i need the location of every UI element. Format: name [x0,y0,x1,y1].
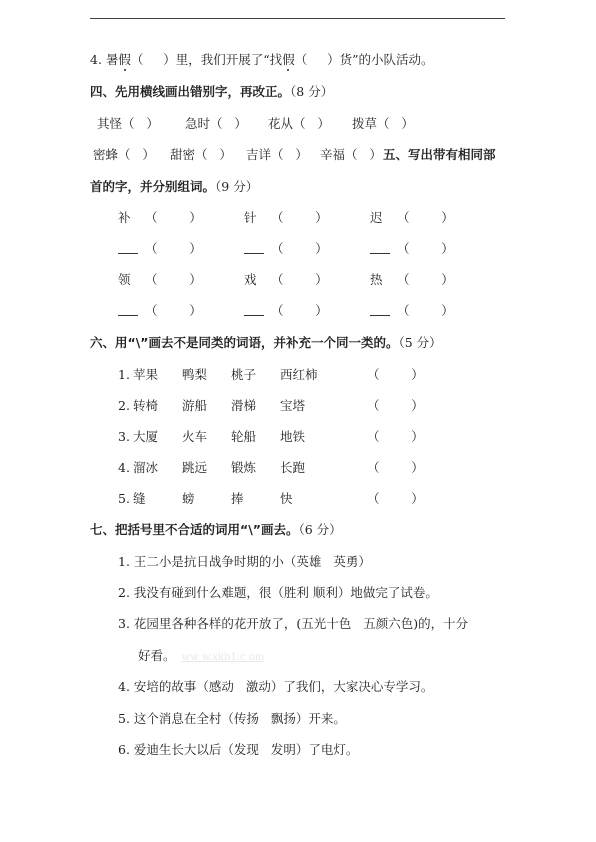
sentence-item: 4. 安培的故事（感动 激动）了我们，大家决心专学习。 [118,679,433,695]
word: 缝 [133,491,146,507]
blank-char [118,303,138,320]
sentence-item: 6. 爱迪生长大以后（发现 发明）了电灯。 [118,742,358,758]
word: 转椅 [133,398,158,414]
item-number: 4. [118,460,130,476]
word: 捧 [231,491,244,507]
answer-paren: （ ） [271,272,328,288]
section-score: （5 分） [399,335,442,350]
answer-paren: （ ） [145,272,202,288]
watermark: ww w.xkb1.c om [182,652,265,663]
emphasis-char: 假 [118,52,131,68]
word: 大厦 [133,429,158,445]
answer-paren: （ ） [145,303,202,319]
word: 轮船 [231,429,256,445]
radical-char: 热 [370,272,383,288]
q4-suffix: （ ）货”的小队活动。 [295,52,434,67]
blank-char [370,241,390,258]
typo-item: 辛福（ ） [320,147,382,163]
answer-paren: （ ） [271,241,328,257]
answer-paren: （ ） [397,241,454,257]
answer-paren: （ ） [271,303,328,319]
word: 桃子 [231,367,256,383]
section-score: （8 分） [290,84,333,99]
radical-char: 领 [118,272,131,288]
word: 地铁 [280,429,305,445]
answer-paren: （ ） [145,241,202,257]
section-title: 六、用“\”画去不是同类的词语，并补充一个同一类的。 [90,335,399,350]
typo-item: 拨草（ ） [352,116,414,132]
word: 螃 [182,491,195,507]
section-score: （9 分） [215,179,258,194]
word: 滑梯 [231,398,256,414]
typo-item: 其怪（ ） [97,116,159,132]
emphasis-char: 假 [282,52,295,68]
sentence-item: 2. 我没有碰到什么难题，很（胜利 顺利）地做完了试卷。 [118,585,438,601]
word: 跳远 [182,460,207,476]
word: 锻炼 [231,460,256,476]
word: 快 [280,491,293,507]
section-5-title-part1: 五、写出带有相同部 [383,147,496,163]
item-number: 2. [118,398,130,414]
typo-item: 急时（ ） [185,116,247,132]
typo-item: 吉详（ ） [246,147,308,163]
answer-paren: （ ） [271,210,328,226]
word: 长跑 [280,460,305,476]
answer-paren: （ ） [367,429,424,445]
section-score: （6 分） [299,522,342,537]
item-number: 3. [118,429,130,445]
answer-paren: （ ） [367,460,424,476]
word: 火车 [182,429,207,445]
section-title: 七、把括号里不合适的词用“\”画去。 [90,522,299,537]
continuation-text: 好看。 [138,648,176,663]
blank-char [370,303,390,320]
radical-char: 戏 [244,272,257,288]
sentence-item: 5. 这个消息在全村（传扬 飘扬）开来。 [118,711,346,727]
section-title: 首的字，并分别组词。 [90,179,215,194]
word: 宝塔 [280,398,305,414]
radical-char: 迟 [370,210,383,226]
answer-paren: （ ） [397,210,454,226]
sentence-continuation: 好看。ww w.xkb1.c om [138,648,264,666]
section-title: 四、先用横线画出错别字，再改正。 [90,84,290,99]
word: 鸭梨 [182,367,207,383]
q4-middle: （ ）里，我们开展了“找 [131,52,282,67]
typo-item: 花从（ ） [268,116,330,132]
blank-char [244,241,264,258]
typo-item: 甜密（ ） [170,147,232,163]
blank-char [118,241,138,258]
answer-paren: （ ） [367,491,424,507]
header-rule [90,18,505,19]
q4-prefix: 4. 暑 [90,52,118,67]
question-4-line: 4. 暑假（ ）里，我们开展了“找假（ ）货”的小队活动。 [90,52,433,68]
item-number: 1. [118,367,130,383]
answer-paren: （ ） [367,398,424,414]
section-6-heading: 六、用“\”画去不是同类的词语，并补充一个同一类的。（5 分） [90,335,442,351]
section-7-heading: 七、把括号里不合适的词用“\”画去。（6 分） [90,522,342,538]
answer-paren: （ ） [367,367,424,383]
section-5-heading: 首的字，并分别组词。（9 分） [90,179,258,195]
item-number: 5. [118,491,130,507]
word: 溜冰 [133,460,158,476]
radical-char: 补 [118,210,131,226]
sentence-item: 3. 花园里各种各样的花开放了，(五光十色 五颜六色)的，十分 [118,616,468,632]
blank-char [244,303,264,320]
word: 游船 [182,398,207,414]
radical-char: 针 [244,210,257,226]
section-4-heading: 四、先用横线画出错别字，再改正。（8 分） [90,84,333,100]
typo-item: 密蜂（ ） [93,147,155,163]
answer-paren: （ ） [397,303,454,319]
word: 西红柿 [280,367,318,383]
answer-paren: （ ） [397,272,454,288]
sentence-item: 1. 王二小是抗日战争时期的小（英雄 英勇） [118,554,371,570]
answer-paren: （ ） [145,210,202,226]
word: 苹果 [133,367,158,383]
